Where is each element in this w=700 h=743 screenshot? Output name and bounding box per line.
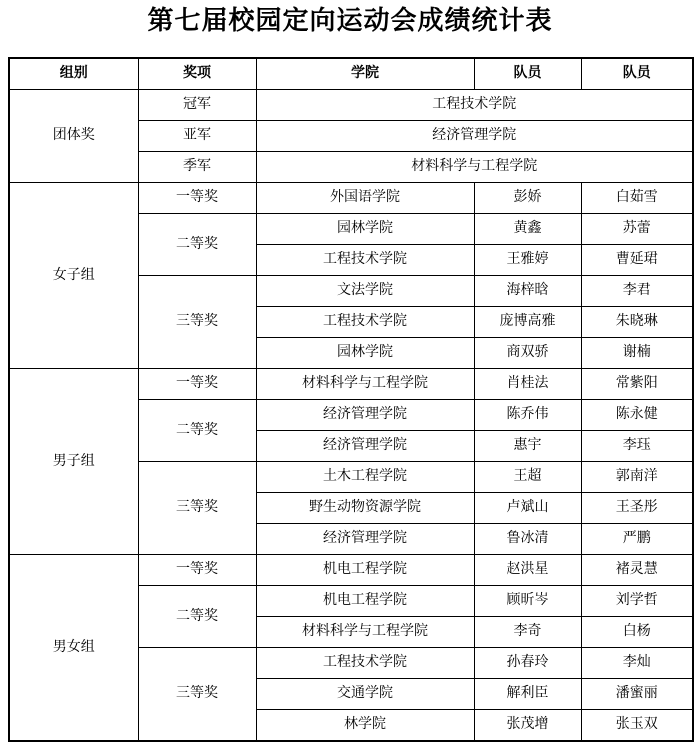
award-cell: 一等奖 (138, 369, 256, 400)
award-cell: 一等奖 (138, 183, 256, 214)
group-cell: 男女组 (9, 555, 138, 742)
college-cell: 园林学院 (256, 338, 474, 369)
member-cell: 白茹雪 (581, 183, 693, 214)
group-cell: 男子组 (9, 369, 138, 555)
college-cell: 材料科学与工程学院 (256, 617, 474, 648)
member-cell: 孙春玲 (474, 648, 581, 679)
college-cell: 园林学院 (256, 214, 474, 245)
college-cell: 经济管理学院 (256, 400, 474, 431)
header-award: 奖项 (138, 58, 256, 90)
award-cell: 季军 (138, 152, 256, 183)
member-cell: 苏蕾 (581, 214, 693, 245)
member-cell: 李灿 (581, 648, 693, 679)
member-cell: 张茂增 (474, 710, 581, 742)
college-cell: 机电工程学院 (256, 555, 474, 586)
member-cell: 解利臣 (474, 679, 581, 710)
member-cell: 鲁冰清 (474, 524, 581, 555)
member-cell: 惠宇 (474, 431, 581, 462)
results-table-body: 团体奖冠军工程技术学院亚军经济管理学院季军材料科学与工程学院女子组一等奖外国语学… (9, 90, 693, 742)
member-cell: 郭南洋 (581, 462, 693, 493)
college-cell: 机电工程学院 (256, 586, 474, 617)
header-member-1: 队员 (474, 58, 581, 90)
group-cell: 团体奖 (9, 90, 138, 183)
member-cell: 刘学哲 (581, 586, 693, 617)
table-row: 女子组一等奖外国语学院彭娇白茹雪 (9, 183, 693, 214)
table-row: 男子组一等奖材料科学与工程学院肖桂法常紫阳 (9, 369, 693, 400)
member-cell: 庞博高雅 (474, 307, 581, 338)
college-cell: 材料科学与工程学院 (256, 152, 693, 183)
header-group: 组别 (9, 58, 138, 90)
member-cell: 顾昕岑 (474, 586, 581, 617)
member-cell: 肖桂法 (474, 369, 581, 400)
member-cell: 彭娇 (474, 183, 581, 214)
member-cell: 常紫阳 (581, 369, 693, 400)
college-cell: 工程技术学院 (256, 307, 474, 338)
group-cell: 女子组 (9, 183, 138, 369)
college-cell: 交通学院 (256, 679, 474, 710)
member-cell: 朱晓琳 (581, 307, 693, 338)
member-cell: 严鹏 (581, 524, 693, 555)
award-cell: 三等奖 (138, 276, 256, 369)
award-cell: 二等奖 (138, 586, 256, 648)
member-cell: 商双骄 (474, 338, 581, 369)
member-cell: 王雅婷 (474, 245, 581, 276)
college-cell: 材料科学与工程学院 (256, 369, 474, 400)
college-cell: 工程技术学院 (256, 245, 474, 276)
award-cell: 二等奖 (138, 214, 256, 276)
member-cell: 张玉双 (581, 710, 693, 742)
college-cell: 工程技术学院 (256, 648, 474, 679)
award-cell: 二等奖 (138, 400, 256, 462)
header-college: 学院 (256, 58, 474, 90)
award-cell: 冠军 (138, 90, 256, 121)
member-cell: 王圣彤 (581, 493, 693, 524)
page-title: 第七届校园定向运动会成绩统计表 (0, 0, 700, 37)
member-cell: 谢楠 (581, 338, 693, 369)
member-cell: 褚灵慧 (581, 555, 693, 586)
college-cell: 经济管理学院 (256, 431, 474, 462)
member-cell: 王超 (474, 462, 581, 493)
award-cell: 一等奖 (138, 555, 256, 586)
member-cell: 潘蜜丽 (581, 679, 693, 710)
award-cell: 三等奖 (138, 648, 256, 742)
college-cell: 文法学院 (256, 276, 474, 307)
college-cell: 土木工程学院 (256, 462, 474, 493)
member-cell: 白杨 (581, 617, 693, 648)
header-member-2: 队员 (581, 58, 693, 90)
college-cell: 工程技术学院 (256, 90, 693, 121)
college-cell: 经济管理学院 (256, 524, 474, 555)
award-cell: 三等奖 (138, 462, 256, 555)
college-cell: 外国语学院 (256, 183, 474, 214)
member-cell: 曹延珺 (581, 245, 693, 276)
member-cell: 海梓晗 (474, 276, 581, 307)
member-cell: 赵洪星 (474, 555, 581, 586)
results-table: 组别 奖项 学院 队员 队员 团体奖冠军工程技术学院亚军经济管理学院季军材料科学… (8, 57, 694, 742)
table-row: 男女组一等奖机电工程学院赵洪星褚灵慧 (9, 555, 693, 586)
table-row: 团体奖冠军工程技术学院 (9, 90, 693, 121)
college-cell: 林学院 (256, 710, 474, 742)
member-cell: 陈乔伟 (474, 400, 581, 431)
member-cell: 黄鑫 (474, 214, 581, 245)
member-cell: 卢斌山 (474, 493, 581, 524)
college-cell: 野生动物资源学院 (256, 493, 474, 524)
member-cell: 李奇 (474, 617, 581, 648)
header-row: 组别 奖项 学院 队员 队员 (9, 58, 693, 90)
member-cell: 李珏 (581, 431, 693, 462)
college-cell: 经济管理学院 (256, 121, 693, 152)
document-page: 第七届校园定向运动会成绩统计表 组别 奖项 学院 队员 队员 团体奖冠军工程技术… (0, 0, 700, 743)
award-cell: 亚军 (138, 121, 256, 152)
member-cell: 李君 (581, 276, 693, 307)
member-cell: 陈永健 (581, 400, 693, 431)
